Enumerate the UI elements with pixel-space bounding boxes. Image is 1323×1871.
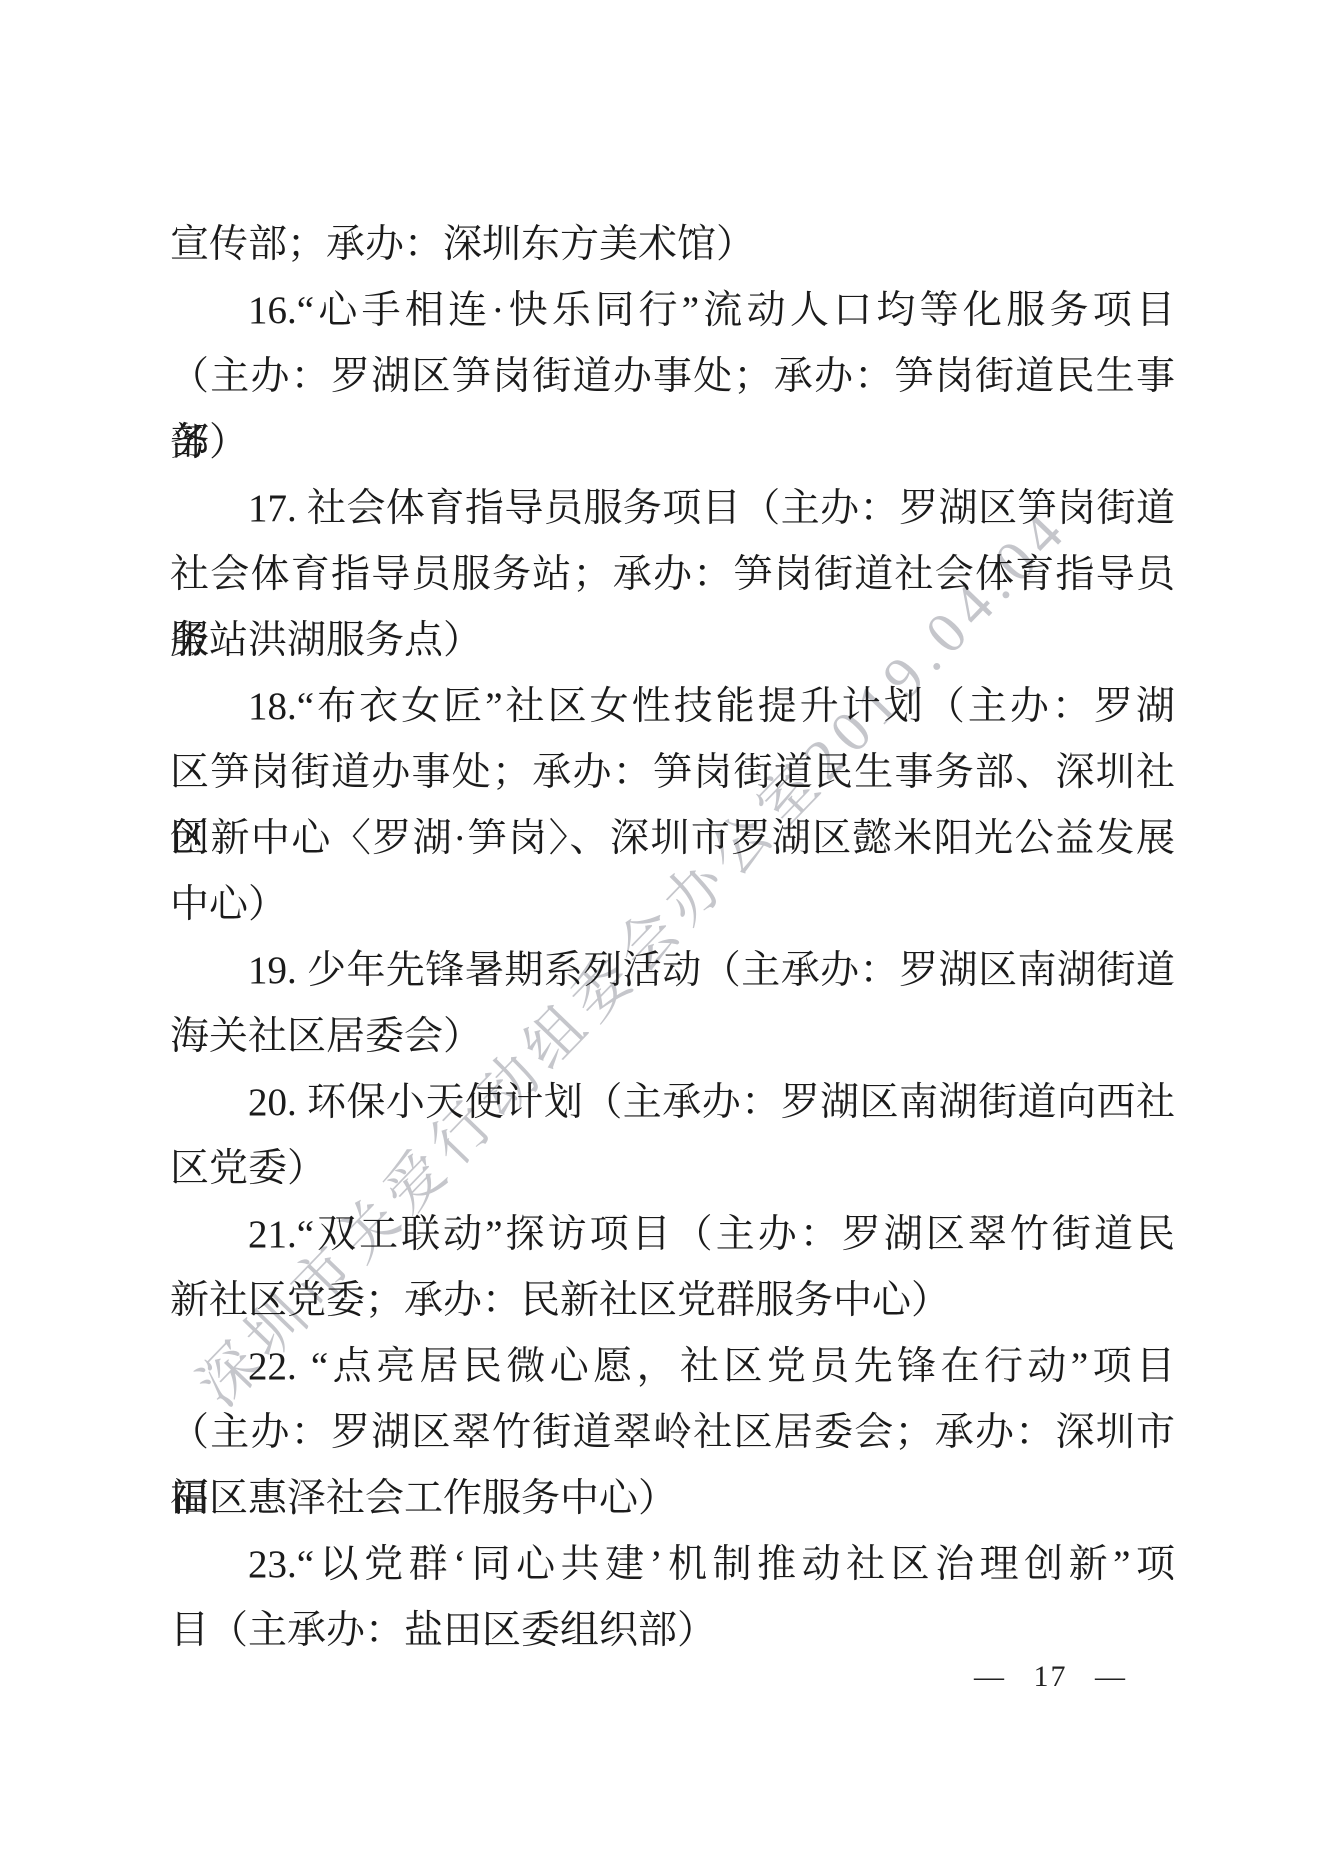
document-line: 16.“心手相连·快乐同行”流动人口均等化服务项目 [170,278,1175,344]
document-line: 22. “点亮居民微心愿，社区党员先锋在行动”项目 [170,1334,1175,1400]
document-line: 18.“布衣女匠”社区女性技能提升计划（主办：罗湖 [170,674,1175,740]
document-line: 宣传部；承办：深圳东方美术馆） [170,212,1175,278]
document-line: 21.“双工联动”探访项目（主办：罗湖区翠竹街道民 [170,1202,1175,1268]
document-line: 社会体育指导员服务站；承办：笋岗街道社会体育指导员服 [170,542,1175,608]
document-line: 23.“以党群‘同心共建’机制推动社区治理创新”项 [170,1532,1175,1598]
document-line: 田区惠泽社会工作服务中心） [170,1466,1175,1532]
document-line: 区党委） [170,1136,1175,1202]
page-number: — 17 — [974,1660,1127,1694]
document-line: 20. 环保小天使计划（主承办：罗湖区南湖街道向西社 [170,1070,1175,1136]
document-line: 17. 社会体育指导员服务项目（主办：罗湖区笋岗街道 [170,476,1175,542]
document-page: 深圳市关爱行动组委会办公室2019.04.04 宣传部；承办：深圳东方美术馆） … [0,0,1323,1871]
document-line: 新社区党委；承办：民新社区党群服务中心） [170,1268,1175,1334]
document-body: 宣传部；承办：深圳东方美术馆） 16.“心手相连·快乐同行”流动人口均等化服务项… [170,212,1175,1664]
document-line: 目（主承办：盐田区委组织部） [170,1598,1175,1664]
document-line: 区笋岗街道办事处；承办：笋岗街道民生事务部、深圳社区 [170,740,1175,806]
document-line: 创新中心〈罗湖·笋岗〉、深圳市罗湖区懿米阳光公益发展 [170,806,1175,872]
document-line: 部） [170,410,1175,476]
document-line: （主办：罗湖区笋岗街道办事处；承办：笋岗街道民生事务 [170,344,1175,410]
document-line: （主办：罗湖区翠竹街道翠岭社区居委会；承办：深圳市福 [170,1400,1175,1466]
document-line: 19. 少年先锋暑期系列活动（主承办：罗湖区南湖街道 [170,938,1175,1004]
document-line: 务站洪湖服务点） [170,608,1175,674]
document-line: 中心） [170,872,1175,938]
document-line: 海关社区居委会） [170,1004,1175,1070]
